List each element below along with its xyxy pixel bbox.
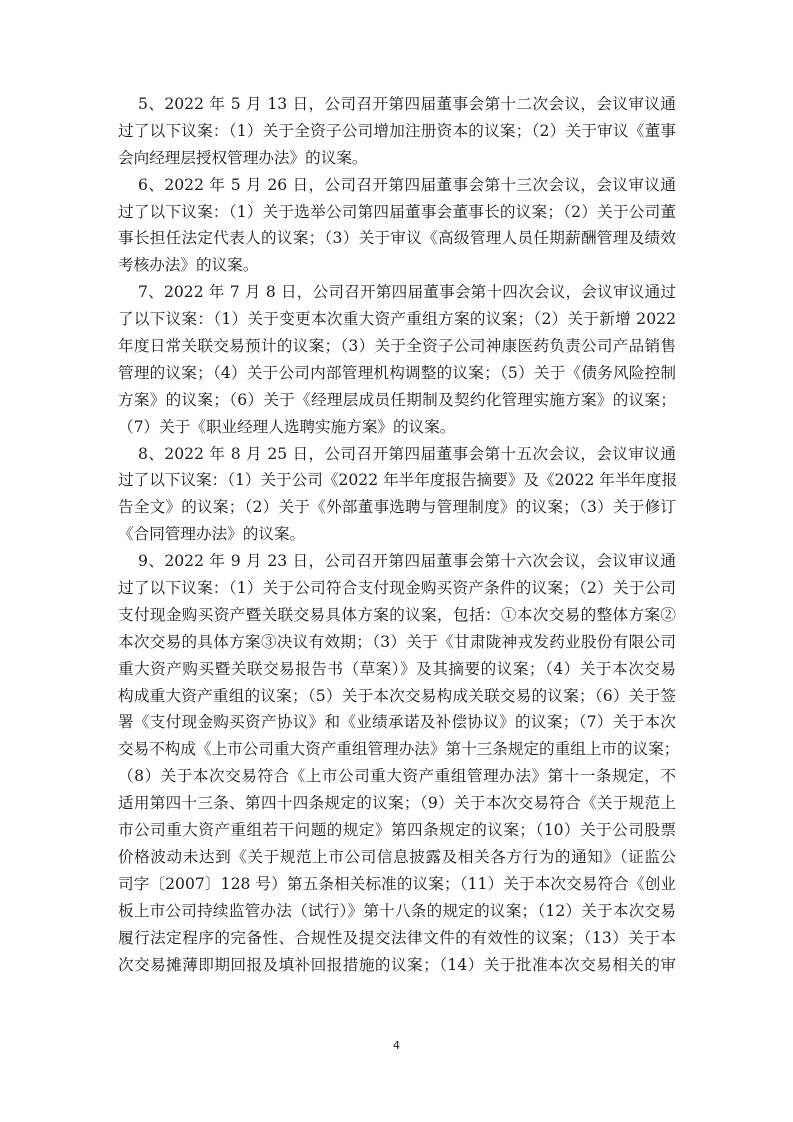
text-line: 次交易摊薄即期回报及填补回报措施的议案；（14）关于批准本次交易相关的审 bbox=[118, 952, 676, 979]
paragraph-item-8: 8、2022 年 8 月 25 日，公司召开第四届董事会第十五次会议，会议审议通… bbox=[118, 441, 676, 549]
text-line: 过了以下议案：（1）关于公司《2022 年半年度报告摘要》及《2022 年半年度… bbox=[118, 467, 676, 494]
text-line: （8）关于本次交易符合《上市公司重大资产重组管理办法》第十一条规定，不 bbox=[118, 763, 676, 790]
text-line: 过了以下议案：（1）关于公司符合支付现金购买资产条件的议案；（2）关于公司 bbox=[118, 575, 676, 602]
text-line: 《合同管理办法》的议案。 bbox=[118, 521, 676, 548]
text-line: 履行法定程序的完备性、合规性及提交法律文件的有效性的议案；（13）关于本 bbox=[118, 925, 676, 952]
text-line: 5、2022 年 5 月 13 日，公司召开第四届董事会第十二次会议，会议审议通 bbox=[118, 91, 676, 118]
text-line: 方案》的议案；（6）关于《经理层成员任期制及契约化管理实施方案》的议案； bbox=[118, 387, 676, 414]
text-line: 过了以下议案：（1）关于选举公司第四届董事会董事长的议案；（2）关于公司董 bbox=[118, 199, 676, 226]
text-line: 交易不构成《上市公司重大资产重组管理办法》第十三条规定的重组上市的议案； bbox=[118, 736, 676, 763]
text-line: 适用第四十三条、第四十四条规定的议案；（9）关于本次交易符合《关于规范上 bbox=[118, 790, 676, 817]
text-line: 署《支付现金购买资产协议》和《业绩承诺及补偿协议》的议案；（7）关于本次 bbox=[118, 709, 676, 736]
text-line: 支付现金购买资产暨关联交易具体方案的议案，包括：①本次交易的整体方案② bbox=[118, 602, 676, 629]
paragraph-item-6: 6、2022 年 5 月 26 日，公司召开第四届董事会第十三次会议，会议审议通… bbox=[118, 172, 676, 280]
text-line: 考核办法》的议案。 bbox=[118, 252, 676, 279]
text-line: 了以下议案：（1）关于变更本次重大资产重组方案的议案；（2）关于新增 2022 bbox=[118, 306, 676, 333]
document-body: 5、2022 年 5 月 13 日，公司召开第四届董事会第十二次会议，会议审议通… bbox=[118, 91, 676, 978]
text-line: 板上市公司持续监管办法（试行）》第十八条的规定的议案；（12）关于本次交易 bbox=[118, 898, 676, 925]
text-line: 6、2022 年 5 月 26 日，公司召开第四届董事会第十三次会议，会议审议通 bbox=[118, 172, 676, 199]
text-line: 8、2022 年 8 月 25 日，公司召开第四届董事会第十五次会议，会议审议通 bbox=[118, 441, 676, 468]
text-line: （7）关于《职业经理人选聘实施方案》的议案。 bbox=[118, 414, 676, 441]
paragraph-item-5: 5、2022 年 5 月 13 日，公司召开第四届董事会第十二次会议，会议审议通… bbox=[118, 91, 676, 172]
paragraph-item-9: 9、2022 年 9 月 23 日，公司召开第四届董事会第十六次会议，会议审议通… bbox=[118, 548, 676, 978]
text-line: 7、2022 年 7 月 8 日，公司召开第四届董事会第十四次会议，会议审议通过 bbox=[118, 279, 676, 306]
text-line: 告全文》的议案；（2）关于《外部董事选聘与管理制度》的议案；（3）关于修订 bbox=[118, 494, 676, 521]
text-line: 市公司重大资产重组若干问题的规定》第四条规定的议案；（10）关于公司股票 bbox=[118, 817, 676, 844]
text-line: 事长担任法定代表人的议案；（3）关于审议《高级管理人员任期薪酬管理及绩效 bbox=[118, 225, 676, 252]
text-line: 重大资产购买暨关联交易报告书（草案）》及其摘要的议案；（4）关于本次交易 bbox=[118, 656, 676, 683]
text-line: 价格波动未达到《关于规范上市公司信息披露及相关各方行为的通知》（证监公 bbox=[118, 844, 676, 871]
text-line: 司字〔2007〕128 号）第五条相关标准的议案；（11）关于本次交易符合《创业 bbox=[118, 871, 676, 898]
text-line: 过了以下议案：（1）关于全资子公司增加注册资本的议案；（2）关于审议《董事 bbox=[118, 118, 676, 145]
paragraph-item-7: 7、2022 年 7 月 8 日，公司召开第四届董事会第十四次会议，会议审议通过… bbox=[118, 279, 676, 440]
text-line: 9、2022 年 9 月 23 日，公司召开第四届董事会第十六次会议，会议审议通 bbox=[118, 548, 676, 575]
text-line: 会向经理层授权管理办法》的议案。 bbox=[118, 145, 676, 172]
text-line: 年度日常关联交易预计的议案；（3）关于全资子公司神康医药负责公司产品销售 bbox=[118, 333, 676, 360]
text-line: 管理的议案；（4）关于公司内部管理机构调整的议案；（5）关于《债务风险控制 bbox=[118, 360, 676, 387]
text-line: 本次交易的具体方案③决议有效期；（3）关于《甘肃陇神戎发药业股份有限公司 bbox=[118, 629, 676, 656]
text-line: 构成重大资产重组的议案；（5）关于本次交易构成关联交易的议案；（6）关于签 bbox=[118, 683, 676, 710]
page-number: 4 bbox=[0, 1039, 793, 1052]
